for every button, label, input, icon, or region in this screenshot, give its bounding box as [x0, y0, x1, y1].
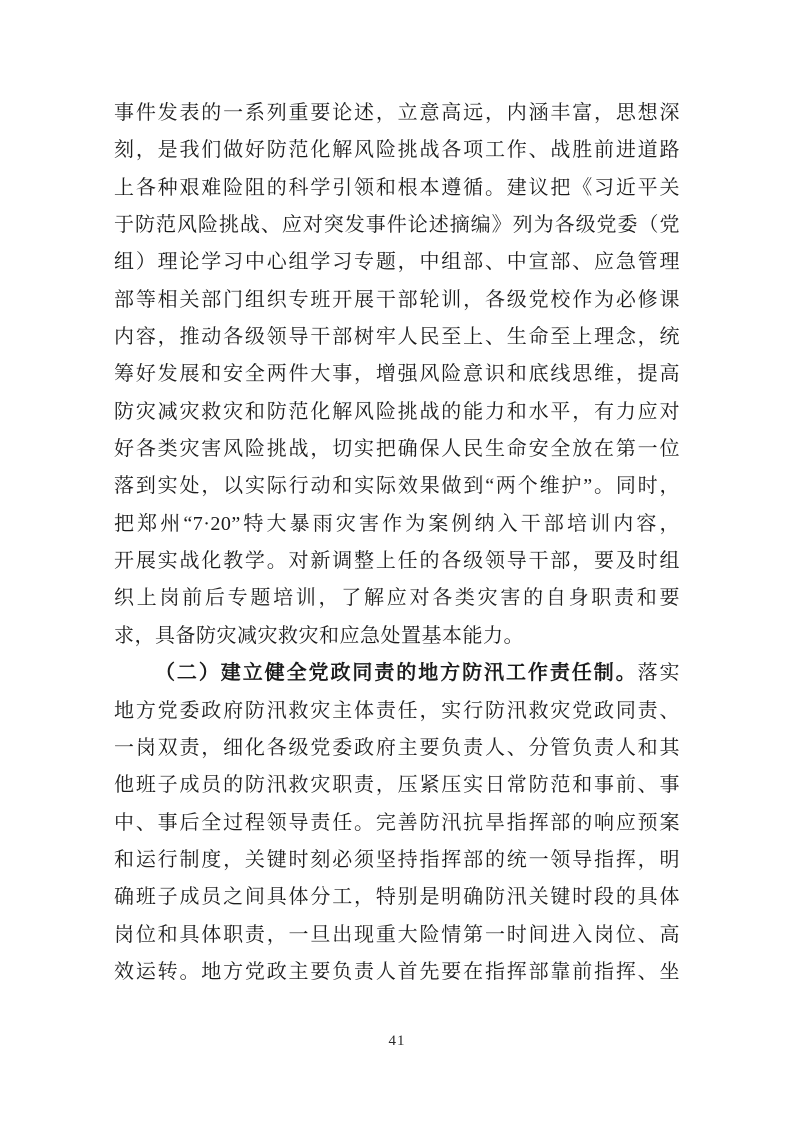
paragraph-1-last-line: 求，具备防灾减灾救灾和应急处置基本能力。 [114, 618, 680, 655]
text-line: 岗位和具体职责，一旦出现重大险情第一时间进入岗位、高 [114, 917, 680, 954]
document-page: 事件发表的一系列重要论述，立意高远，内涵丰富，思想深 刻，是我们做好防范化解风险… [0, 0, 794, 1123]
text-line: 一岗双责，细化各级党委政府主要负责人、分管负责人和其 [114, 730, 680, 767]
text-line: 他班子成员的防汛救灾职责，压紧压实日常防范和事前、事 [114, 767, 680, 804]
text-line: 地方党委政府防汛救灾主体责任，实行防汛救灾党政同责、 [114, 693, 680, 730]
section-heading-text: （二）建立健全党政同责的地方防汛工作责任制。 [155, 662, 638, 684]
text-line: 和运行制度，关键时刻必须坚持指挥部的统一领导指挥，明 [114, 842, 680, 879]
paragraph-2-lines: 地方党委政府防汛救灾主体责任，实行防汛救灾党政同责、 一岗双责，细化各级党委政府… [114, 693, 680, 992]
section-heading-line: （二）建立健全党政同责的地方防汛工作责任制。落实 [114, 655, 680, 692]
text-line: 内容，推动各级领导干部树牢人民至上、生命至上理念，统 [114, 319, 680, 356]
text-line: 刻，是我们做好防范化解风险挑战各项工作、战胜前进道路 [114, 132, 680, 169]
text-line: 确班子成员之间具体分工，特别是明确防汛关键时段的具体 [114, 879, 680, 916]
text-line: 于防范风险挑战、应对突发事件论述摘编》列为各级党委（党 [114, 207, 680, 244]
page-number: 41 [0, 1033, 794, 1050]
text-line: 事件发表的一系列重要论述，立意高远，内涵丰富，思想深 [114, 95, 680, 132]
text-line: 组）理论学习中心组学习专题，中组部、中宣部、应急管理 [114, 244, 680, 281]
section-first-line-rest: 落实 [638, 662, 680, 684]
text-line: 防灾减灾救灾和防范化解风险挑战的能力和水平，有力应对 [114, 394, 680, 431]
paragraph-1-lines: 事件发表的一系列重要论述，立意高远，内涵丰富，思想深 刻，是我们做好防范化解风险… [114, 95, 680, 618]
text-line: 把郑州“7·20”特大暴雨灾害作为案例纳入干部培训内容， [114, 506, 680, 543]
paragraph-section-two: （二）建立健全党政同责的地方防汛工作责任制。落实 地方党委政府防汛救灾主体责任，… [114, 655, 680, 991]
text-line: 上各种艰难险阻的科学引领和根本遵循。建议把《习近平关 [114, 170, 680, 207]
text-line: 落到实处，以实际行动和实际效果做到“两个维护”。同时， [114, 468, 680, 505]
paragraph-continuation: 事件发表的一系列重要论述，立意高远，内涵丰富，思想深 刻，是我们做好防范化解风险… [114, 95, 680, 655]
text-line: 织上岗前后专题培训，了解应对各类灾害的自身职责和要 [114, 580, 680, 617]
text-line: 部等相关部门组织专班开展干部轮训，各级党校作为必修课 [114, 282, 680, 319]
text-line: 好各类灾害风险挑战，切实把确保人民生命安全放在第一位 [114, 431, 680, 468]
text-line: 中、事后全过程领导责任。完善防汛抗旱指挥部的响应预案 [114, 805, 680, 842]
text-line: 开展实战化教学。对新调整上任的各级领导干部，要及时组 [114, 543, 680, 580]
text-line: 筹好发展和安全两件大事，增强风险意识和底线思维，提高 [114, 356, 680, 393]
body-text: 事件发表的一系列重要论述，立意高远，内涵丰富，思想深 刻，是我们做好防范化解风险… [114, 95, 680, 991]
text-line: 效运转。地方党政主要负责人首先要在指挥部靠前指挥、坐 [114, 954, 680, 991]
